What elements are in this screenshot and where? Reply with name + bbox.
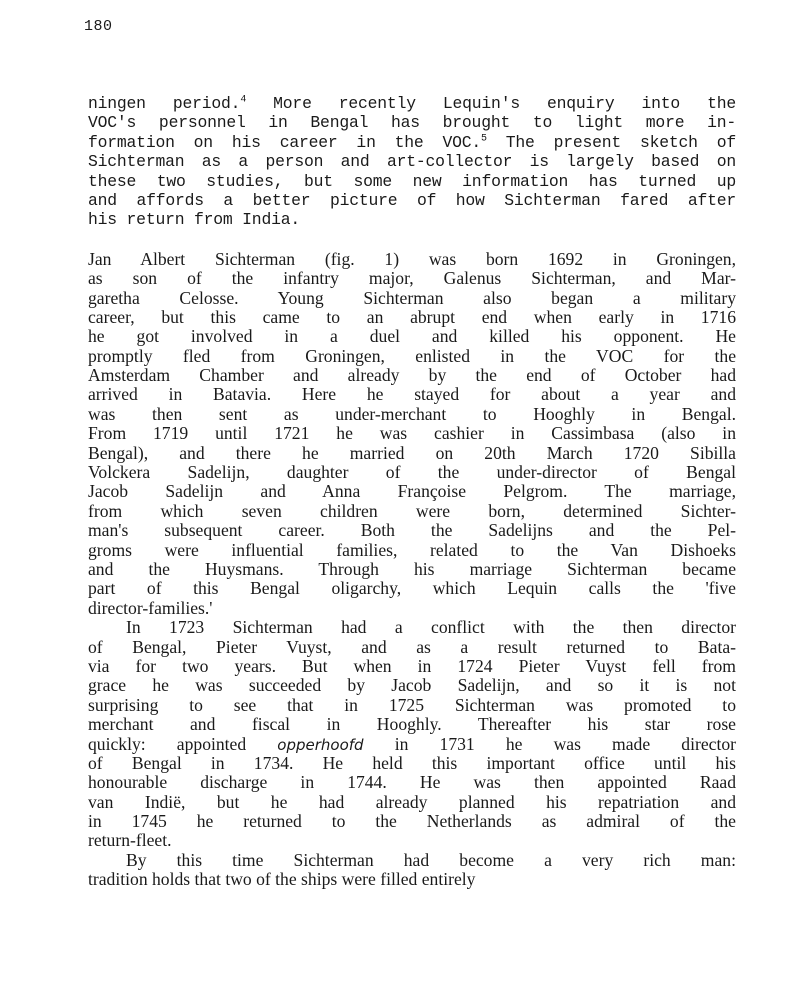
paragraph-career: In 1723 Sichterman had a conflict with t… (88, 618, 736, 851)
text-line: part of this Bengal oligarchy, which Leq… (88, 579, 736, 598)
text-line: of Bengal, Pieter Vuyst, and as a result… (88, 638, 736, 657)
text-line: VOC's personnel in Bengal has brought to… (88, 113, 736, 132)
text-line: man's subsequent career. Both the Sadeli… (88, 521, 736, 540)
text-line: tradition holds that two of the ships we… (88, 870, 736, 889)
text-line: of Bengal in 1734. He held this importan… (88, 754, 736, 773)
body-text: ningen period.4 More recently Lequin's e… (88, 94, 736, 890)
page-number: 180 (84, 18, 113, 35)
text-line: From 1719 until 1721 he was cashier in C… (88, 424, 736, 443)
paragraph-wealth: By this time Sichterman had become a ver… (88, 851, 736, 890)
text-line: was then sent as under-merchant to Hoogh… (88, 405, 736, 424)
text-line: Volckera Sadelijn, daughter of the under… (88, 463, 736, 482)
footnote-ref: 5 (481, 133, 487, 144)
text-line: garetha Celosse. Young Sichterman also b… (88, 289, 736, 308)
text-line: he got involved in a duel and killed his… (88, 327, 736, 346)
paragraph-intro: ningen period.4 More recently Lequin's e… (88, 94, 736, 230)
text-line: from which seven children were born, det… (88, 502, 736, 521)
text-line: grace he was succeeded by Jacob Sadelijn… (88, 676, 736, 695)
text-line: in 1745 he returned to the Netherlands a… (88, 812, 736, 831)
text-line: and affords a better picture of how Sich… (88, 191, 736, 210)
text-line: In 1723 Sichterman had a conflict with t… (88, 618, 736, 637)
paragraph-biography: Jan Albert Sichterman (fig. 1) was born … (88, 250, 736, 618)
text-line: van Indië, but he had already planned hi… (88, 793, 736, 812)
text-line: these two studies, but some new informat… (88, 172, 736, 191)
text-line: Sichterman as a person and art-collector… (88, 152, 736, 171)
paragraph-gap (88, 230, 736, 250)
text-line: as son of the infantry major, Galenus Si… (88, 269, 736, 288)
text-line: By this time Sichterman had become a ver… (88, 851, 736, 870)
text-line: career, but this came to an abrupt end w… (88, 308, 736, 327)
text-line: promptly fled from Groningen, enlisted i… (88, 347, 736, 366)
text-line: Jan Albert Sichterman (fig. 1) was born … (88, 250, 736, 269)
footnote-ref: 4 (240, 95, 246, 106)
text-line: via for two years. But when in 1724 Piet… (88, 657, 736, 676)
text-line: Amsterdam Chamber and already by the end… (88, 366, 736, 385)
text-line: surprising to see that in 1725 Sichterma… (88, 696, 736, 715)
text-line: Bengal), and there he married on 20th Ma… (88, 444, 736, 463)
text-line: groms were influential families, related… (88, 541, 736, 560)
text-line: Jacob Sadelijn and Anna Françoise Pelgro… (88, 482, 736, 501)
text-line: and the Huysmans. Through his marriage S… (88, 560, 736, 579)
text-line: quickly: appointed opperhoofd in 1731 he… (88, 735, 736, 754)
text-line: director-families.' (88, 599, 736, 618)
text-line: return-fleet. (88, 831, 736, 850)
text-line: arrived in Batavia. Here he stayed for a… (88, 385, 736, 404)
text-line: honourable discharge in 1744. He was the… (88, 773, 736, 792)
text-line: ningen period.4 More recently Lequin's e… (88, 94, 736, 113)
text-line: his return from India. (88, 210, 736, 229)
text-line: merchant and fiscal in Hooghly. Thereaft… (88, 715, 736, 734)
text-line: formation on his career in the VOC.5 The… (88, 133, 736, 152)
